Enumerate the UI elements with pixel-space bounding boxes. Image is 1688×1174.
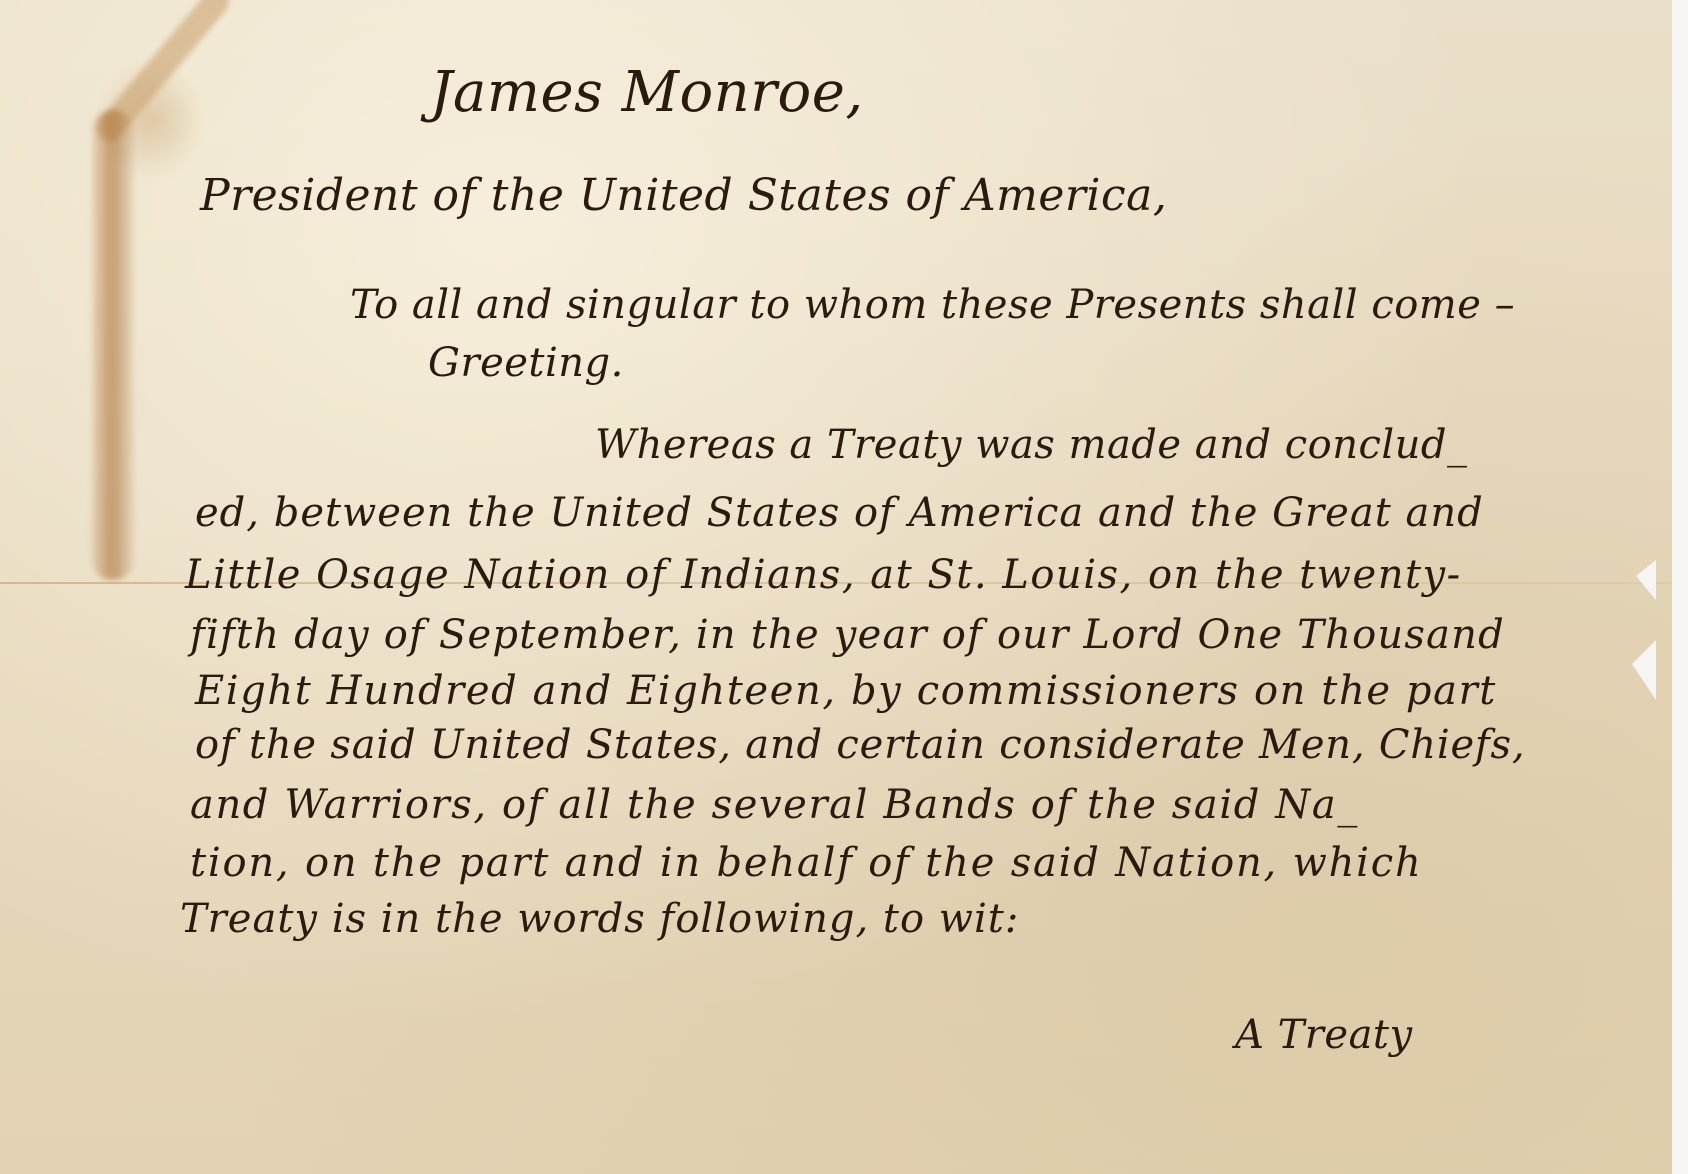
water-stain-vertical	[92, 110, 134, 580]
body-line: ed, between the United States of America…	[195, 490, 1484, 536]
body-line: Treaty is in the words following, to wit…	[180, 896, 1019, 942]
document-heading: James Monroe,	[430, 60, 864, 125]
body-line: tion, on the part and in behalf of the s…	[190, 840, 1423, 886]
document-subheading: President of the United States of Americ…	[200, 170, 1167, 221]
address-line: To all and singular to whom these Presen…	[350, 282, 1515, 328]
body-line: of the said United States, and certain c…	[195, 722, 1525, 768]
body-line: Eight Hundred and Eighteen, by commissio…	[195, 668, 1497, 714]
paper-tear	[1636, 560, 1656, 600]
scan-margin	[1672, 0, 1688, 1174]
paper-tear	[1632, 640, 1656, 700]
body-line: Whereas a Treaty was made and conclud_	[595, 422, 1468, 468]
closing-line: A Treaty	[1235, 1012, 1413, 1058]
body-line: Little Osage Nation of Indians, at St. L…	[185, 552, 1462, 598]
body-line: fifth day of September, in the year of o…	[190, 612, 1505, 658]
manuscript-page: James Monroe, President of the United St…	[0, 0, 1672, 1174]
greeting-line: Greeting.	[428, 340, 624, 386]
body-line: and Warriors, of all the several Bands o…	[190, 782, 1359, 828]
